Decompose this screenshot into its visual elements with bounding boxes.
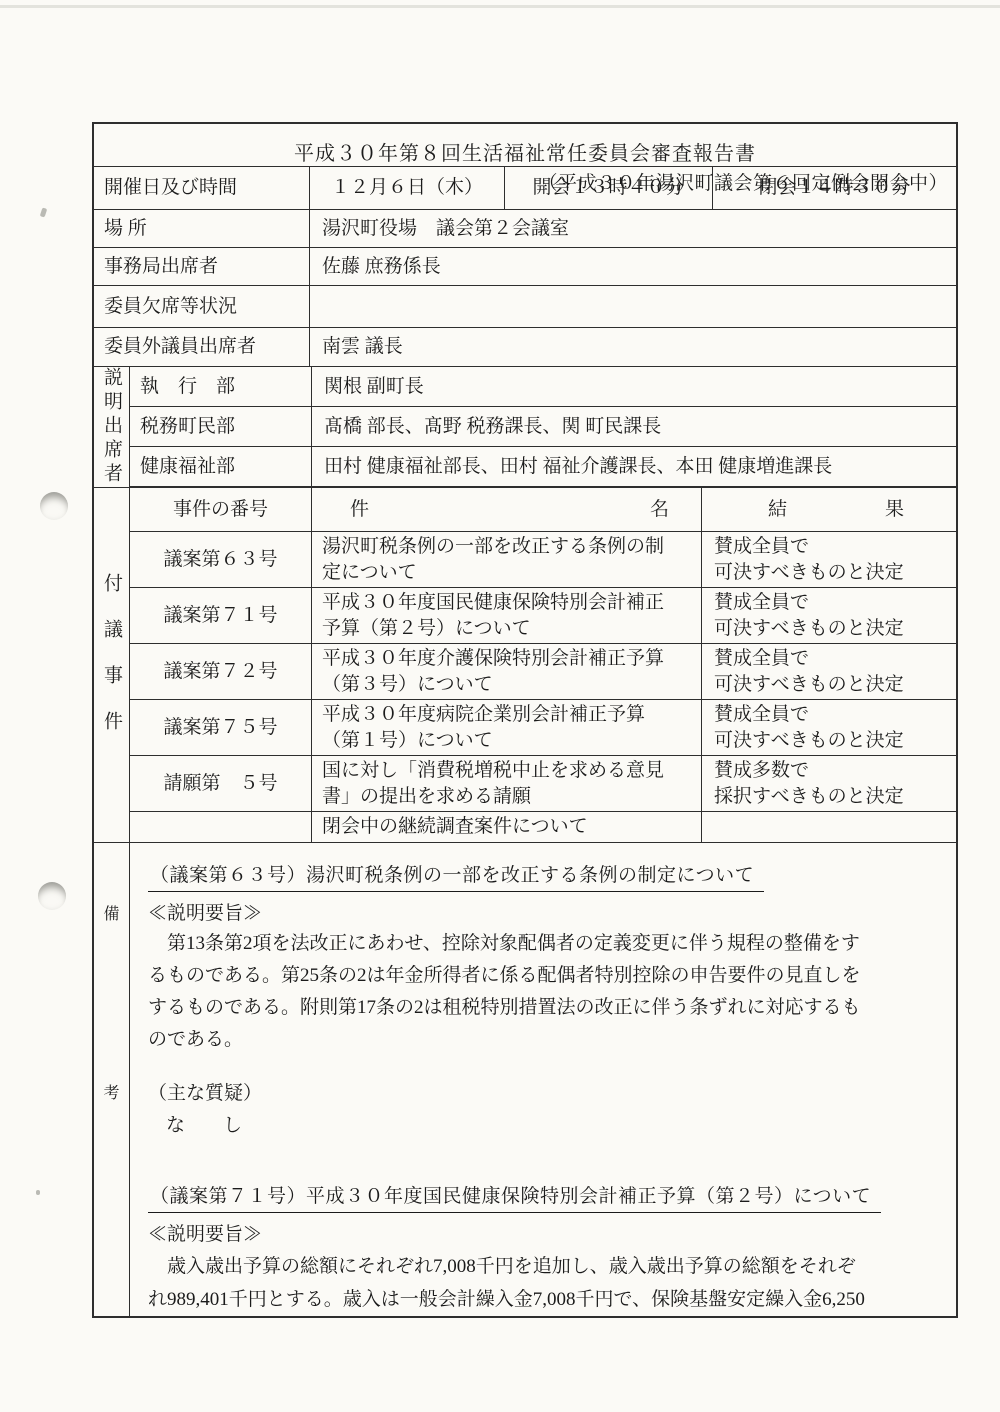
case-result: 賛成多数で 採択すべきものと決定 [702, 756, 956, 811]
case-name: 平成３０年度介護保険特別会計補正予算 （第３号）について [312, 644, 702, 699]
attendees-names: 髙橋 部長、髙野 税務課長、関 町民課長 [312, 407, 956, 446]
remarks-item1-heading: （議案第６３号）湯沢町税条例の一部を改正する条例の制定について [148, 860, 764, 892]
header-result-char: 結 [768, 497, 787, 523]
remarks-content: （議案第６３号）湯沢町税条例の一部を改正する条例の制定について ≪説明要旨≫ 第… [130, 843, 956, 1316]
remarks-label-char: 考 [103, 1080, 119, 1103]
scan-artifact-top [0, 5, 1000, 8]
punch-hole [40, 492, 68, 520]
observer-value: 南雲 議長 [310, 328, 956, 366]
header-case-name: 件 名 [312, 488, 702, 531]
schedule-date: １２月６日（木） [310, 167, 505, 209]
case-name: 平成３０年度国民健康保険特別会計補正 予算（第２号）について [312, 588, 702, 643]
remarks-label-char: 備 [103, 901, 119, 924]
attendees-row: 税務町民部 髙橋 部長、髙野 税務課長、関 町民課長 [130, 407, 956, 447]
scan-speck [40, 207, 48, 217]
case-result: 賛成全員で 可決すべきものと決定 [702, 644, 956, 699]
report-subtitle: （平成３０年湯沢町議会第６回定例会開会中） [538, 168, 948, 195]
proceedings-header-row: 事件の番号 件 名 結 果 [130, 488, 956, 532]
clerk-label: 事務局出席者 [94, 248, 310, 285]
case-result: 賛成全員で 可決すべきものと決定 [702, 588, 956, 643]
report-table: 平成３０年第８回生活福祉常任委員会審査報告書 （平成３０年湯沢町議会第６回定例会… [92, 122, 958, 1318]
proceedings-block: 付議事件 事件の番号 件 名 結 果 議案第６３号 湯沢町税条例の一部を [94, 488, 956, 843]
case-name: 閉会中の継続調査案件について [312, 812, 702, 842]
proceedings-row: 閉会中の継続調査案件について [130, 812, 956, 842]
attendees-names: 田村 健康福祉部長、田村 福祉介護課長、本田 健康増進課長 [312, 447, 956, 486]
place-row: 場 所 湯沢町役場 議会第２会議室 [94, 210, 956, 248]
remarks-section-label: 備 考 [94, 843, 130, 1316]
remarks-item2-summary-label: ≪説明要旨≫ [148, 1219, 944, 1246]
proceedings-row: 議案第６３号 湯沢町税条例の一部を改正する条例の制 定について 賛成全員で 可決… [130, 532, 956, 588]
case-result: 賛成全員で 可決すべきものと決定 [702, 532, 956, 587]
attendees-dept: 健康福祉部 [130, 447, 312, 486]
place-label-char: 所 [128, 218, 147, 239]
proceedings-row: 議案第７２号 平成３０年度介護保険特別会計補正予算 （第３号）について 賛成全員… [130, 644, 956, 700]
punch-hole [38, 882, 66, 910]
case-name: 湯沢町税条例の一部を改正する条例の制 定について [312, 532, 702, 587]
observer-row: 委員外議員出席者 南雲 議長 [94, 328, 956, 367]
header-case-name-char: 名 [650, 497, 669, 523]
header-result: 結 果 [702, 488, 956, 531]
case-name: 国に対し「消費税増税中止を求める意見 書」の提出を求める請願 [312, 756, 702, 811]
case-result [702, 812, 956, 842]
header-case-number: 事件の番号 [130, 488, 312, 531]
place-value: 湯沢町役場 議会第２会議室 [310, 210, 956, 247]
observer-label: 委員外議員出席者 [94, 328, 310, 366]
attendees-dept: 執 行 部 [130, 367, 312, 406]
clerk-row: 事務局出席者 佐藤 庶務係長 [94, 248, 956, 286]
proceedings-section-label: 付議事件 [94, 488, 130, 842]
header-case-name-char: 件 [350, 497, 369, 523]
header-result-char: 果 [885, 497, 904, 523]
case-number: 議案第７１号 [130, 588, 312, 643]
remarks-item1-summary-label: ≪説明要旨≫ [148, 898, 944, 925]
proceedings-row: 議案第７５号 平成３０年度病院企業別会計補正予算 （第１号）について 賛成全員で… [130, 700, 956, 756]
attendees-row: 健康福祉部 田村 健康福祉部長、田村 福祉介護課長、本田 健康増進課長 [130, 447, 956, 487]
attendees-block: 説明出席者 執 行 部 関根 副町長 税務町民部 髙橋 部長、髙野 税務課長、関… [94, 367, 956, 488]
remarks-questions-label: （主な質疑） [148, 1078, 944, 1105]
case-number: 請願第 ５号 [130, 756, 312, 811]
clerk-value: 佐藤 庶務係長 [310, 248, 956, 285]
case-number: 議案第７５号 [130, 700, 312, 755]
absence-row: 委員欠席等状況 [94, 286, 956, 328]
place-label-char: 場 [104, 218, 123, 239]
proceedings-row: 請願第 ５号 国に対し「消費税増税中止を求める意見 書」の提出を求める請願 賛成… [130, 756, 956, 812]
remarks-item2-heading: （議案第７１号）平成３０年度国民健康保険特別会計補正予算（第２号）について [148, 1181, 881, 1213]
proceedings-row: 議案第７１号 平成３０年度国民健康保険特別会計補正 予算（第２号）について 賛成… [130, 588, 956, 644]
absence-value [310, 286, 956, 327]
case-number [130, 812, 312, 842]
schedule-label: 開催日及び時間 [94, 167, 310, 209]
case-name: 平成３０年度病院企業別会計補正予算 （第１号）について [312, 700, 702, 755]
place-label: 場 所 [94, 210, 310, 247]
attendees-dept: 税務町民部 [130, 407, 312, 446]
report-title: 平成３０年第８回生活福祉常任委員会審査報告書 [94, 137, 956, 166]
title-row: 平成３０年第８回生活福祉常任委員会審査報告書 （平成３０年湯沢町議会第６回定例会… [94, 124, 956, 167]
scan-speck [36, 1190, 40, 1195]
remarks-item1-body: 第13条第2項を法改正にあわせ、控除対象配偶者の定義変更に伴う規程の整備をす る… [148, 928, 944, 1056]
attendees-row: 執 行 部 関根 副町長 [130, 367, 956, 407]
remarks-item2-body: 歳入歳出予算の総額にそれぞれ7,008千円を追加し、歳入歳出予算の総額をそれぞ … [148, 1250, 944, 1316]
attendees-names: 関根 副町長 [312, 367, 956, 406]
scanned-page: 平成３０年第８回生活福祉常任委員会審査報告書 （平成３０年湯沢町議会第６回定例会… [0, 0, 1000, 1412]
case-result: 賛成全員で 可決すべきものと決定 [702, 700, 956, 755]
remarks-block: 備 考 （議案第６３号）湯沢町税条例の一部を改正する条例の制定について ≪説明要… [94, 843, 956, 1316]
remarks-questions-value: な し [166, 1110, 944, 1137]
attendees-section-label: 説明出席者 [94, 367, 130, 487]
absence-label: 委員欠席等状況 [94, 286, 310, 327]
case-number: 議案第６３号 [130, 532, 312, 587]
case-number: 議案第７２号 [130, 644, 312, 699]
